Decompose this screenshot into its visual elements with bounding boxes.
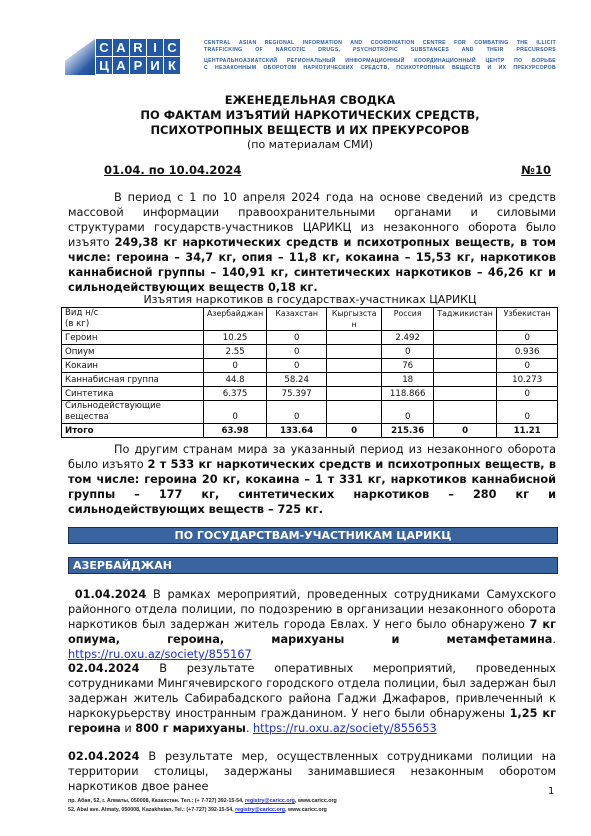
total-cell: 11.21 bbox=[497, 424, 558, 438]
table-row: Синтетика6.37575.397118.8660 bbox=[62, 387, 558, 401]
seizures-table: Вид н/с(в кг) Азербайджан Казахстан Кырг… bbox=[61, 307, 558, 438]
table-cell bbox=[327, 373, 382, 387]
table-cell: 76 bbox=[382, 359, 434, 373]
header-country: Азербайджан bbox=[204, 308, 267, 331]
logo-letter: К bbox=[164, 57, 180, 74]
table-cell: 75.397 bbox=[267, 387, 327, 401]
table-cell: 0 bbox=[497, 331, 558, 345]
table-cell: 10.25 bbox=[204, 331, 267, 345]
org-name-ru-2: С НЕЗАКОННЫМ ОБОРОТОМ НАРКОТИЧЕСКИХ СРЕД… bbox=[204, 65, 556, 72]
header-drug-type: Вид н/с(в кг) bbox=[62, 308, 204, 331]
email-link[interactable]: registry@caricc.org bbox=[245, 798, 295, 804]
table-cell bbox=[434, 359, 497, 373]
table-cell: 118.866 bbox=[382, 387, 434, 401]
table-cell: 0 bbox=[204, 359, 267, 373]
org-name-ru-1: ЦЕНТРАЛЬНОАЗИАТСКИЙ РЕГИОНАЛЬНЫЙ ИНФОРМА… bbox=[204, 58, 556, 65]
table-cell: 10.273 bbox=[497, 373, 558, 387]
section-azerbaijan: АЗЕРБАЙДЖАН bbox=[68, 557, 558, 574]
logo-letter: Р bbox=[130, 57, 146, 74]
table-cell bbox=[434, 373, 497, 387]
table-cell: 2.492 bbox=[382, 331, 434, 345]
caricc-logo: C A R I C Ц А Р И К bbox=[65, 39, 185, 75]
header-country: Казахстан bbox=[267, 308, 327, 331]
total-cell: 63.98 bbox=[204, 424, 267, 438]
footer-en: 52, Abai ave. Almaty, 050008, Kazakhstan… bbox=[68, 806, 337, 815]
table-cell: 0 bbox=[382, 345, 434, 359]
table-cell: 0 bbox=[267, 359, 327, 373]
document-title: ЕЖЕНЕДЕЛЬНАЯ СВОДКА ПО ФАКТАМ ИЗЪЯТИЙ НА… bbox=[60, 93, 560, 152]
total-cell: 0 bbox=[434, 424, 497, 438]
table-cell bbox=[327, 359, 382, 373]
document-page: C A R I C Ц А Р И К CENTRAL ASIAN REGION… bbox=[0, 0, 591, 836]
table-total-row: Итого 63.98 133.64 0 215.36 0 11.21 bbox=[62, 424, 558, 438]
logo-letter: А bbox=[113, 57, 129, 74]
other-countries-paragraph: По другим странам мира за указанный пери… bbox=[68, 442, 556, 517]
row-label: Сильнодействующиевещества bbox=[62, 401, 204, 424]
table-cell: 0.936 bbox=[497, 345, 558, 359]
logo-letter: C bbox=[96, 39, 112, 56]
table-cell: 0 bbox=[497, 359, 558, 373]
table-cell bbox=[327, 387, 382, 401]
globe-icon bbox=[65, 39, 95, 75]
news-item: 01.04.2024 В рамках мероприятий, проведе… bbox=[68, 587, 556, 662]
logo-letter: Ц bbox=[96, 57, 112, 74]
table-cell bbox=[434, 345, 497, 359]
row-label: Опиум bbox=[62, 345, 204, 359]
title-line-3: ПСИХОТРОПНЫХ ВЕЩЕСТВ И ИХ ПРЕКУРСОРОВ bbox=[60, 123, 560, 138]
news-date: 02.04.2024 bbox=[68, 662, 139, 675]
org-name-en-2: TRAFFICKING OF NARCOTIC DRUGS, PSYCHOTRO… bbox=[204, 47, 556, 54]
total-label: Итого bbox=[62, 424, 204, 438]
logo-letters: C A R I C Ц А Р И К bbox=[96, 39, 180, 74]
news-source-link[interactable]: https://ru.oxu.az/society/855167 bbox=[68, 648, 252, 661]
table-cell bbox=[434, 401, 497, 424]
email-link[interactable]: registry@caricc.org bbox=[235, 807, 285, 813]
logo-letter: I bbox=[147, 39, 163, 56]
row-label: Синтетика bbox=[62, 387, 204, 401]
section-member-states: ПО ГОСУДАРСТВАМ-УЧАСТНИКАМ ЦАРИКЦ bbox=[68, 527, 558, 544]
page-number: 1 bbox=[548, 786, 554, 797]
table-cell bbox=[434, 331, 497, 345]
org-name-en-1: CENTRAL ASIAN REGIONAL INFORMATION AND C… bbox=[204, 40, 556, 47]
period-row: 01.04. по 10.04.2024 №10 bbox=[104, 163, 551, 177]
table-cell: 58.24 bbox=[267, 373, 327, 387]
table-cell bbox=[434, 387, 497, 401]
table-cell bbox=[327, 331, 382, 345]
table-cell: 0 bbox=[497, 387, 558, 401]
table-caption: Изъятия наркотиков в государствах-участн… bbox=[60, 294, 560, 306]
news-date: 02.04.2024 bbox=[68, 750, 139, 763]
logo-letter: C bbox=[164, 39, 180, 56]
table-cell bbox=[327, 345, 382, 359]
footer-ru: пр. Абая, 52, г. Алматы, 050008, Казахст… bbox=[68, 797, 337, 806]
title-subtitle: (по материалам СМИ) bbox=[60, 138, 560, 152]
intro-bold: 249,38 кг наркотических средств и психот… bbox=[68, 236, 556, 294]
table-row: Опиум2.55000.936 bbox=[62, 345, 558, 359]
title-line-2: ПО ФАКТАМ ИЗЪЯТИЙ НАРКОТИЧЕСКИХ СРЕДСТВ, bbox=[60, 108, 560, 123]
news-date: 01.04.2024 bbox=[75, 588, 146, 601]
issue-number: №10 bbox=[521, 163, 551, 177]
news-item: 02.04.2024 В результате оперативных меро… bbox=[68, 661, 556, 736]
logo-letter: И bbox=[147, 57, 163, 74]
total-cell: 215.36 bbox=[382, 424, 434, 438]
table-row: Сильнодействующиевещества0000 bbox=[62, 401, 558, 424]
row-label: Каннабисная группа bbox=[62, 373, 204, 387]
table-row: Каннабисная группа44.858.241810.273 bbox=[62, 373, 558, 387]
table-cell: 0 bbox=[267, 345, 327, 359]
header-country: Россия bbox=[382, 308, 434, 331]
table-cell: 2.55 bbox=[204, 345, 267, 359]
header-country: Таджикистан bbox=[434, 308, 497, 331]
table-cell: 0 bbox=[267, 331, 327, 345]
news-source-link[interactable]: https://ru.oxu.az/society/855653 bbox=[253, 722, 437, 735]
title-line-1: ЕЖЕНЕДЕЛЬНАЯ СВОДКА bbox=[60, 93, 560, 108]
row-label: Героин bbox=[62, 331, 204, 345]
table-cell: 0 bbox=[382, 401, 434, 424]
table-row: Кокаин00760 bbox=[62, 359, 558, 373]
table-header-row: Вид н/с(в кг) Азербайджан Казахстан Кырг… bbox=[62, 308, 558, 331]
table-cell: 44.8 bbox=[204, 373, 267, 387]
header-country: Кыргызстан bbox=[327, 308, 382, 331]
logo-letter: R bbox=[130, 39, 146, 56]
intro-paragraph: В период с 1 по 10 апреля 2024 года на о… bbox=[68, 190, 556, 295]
row-label: Кокаин bbox=[62, 359, 204, 373]
table-cell: 6.375 bbox=[204, 387, 267, 401]
logo-letter: A bbox=[113, 39, 129, 56]
total-cell: 133.64 bbox=[267, 424, 327, 438]
total-cell: 0 bbox=[327, 424, 382, 438]
table-row: Героин10.2502.4920 bbox=[62, 331, 558, 345]
period: 01.04. по 10.04.2024 bbox=[104, 163, 241, 177]
table-cell: 0 bbox=[497, 401, 558, 424]
news-item: 02.04.2024 В результате мер, осуществлен… bbox=[68, 749, 556, 794]
table-cell bbox=[327, 401, 382, 424]
footer: пр. Абая, 52, г. Алматы, 050008, Казахст… bbox=[68, 797, 337, 815]
header-country: Узбекистан bbox=[497, 308, 558, 331]
table-cell: 18 bbox=[382, 373, 434, 387]
table-cell: 0 bbox=[204, 401, 267, 424]
organization-names: CENTRAL ASIAN REGIONAL INFORMATION AND C… bbox=[204, 40, 556, 72]
table-cell: 0 bbox=[267, 401, 327, 424]
